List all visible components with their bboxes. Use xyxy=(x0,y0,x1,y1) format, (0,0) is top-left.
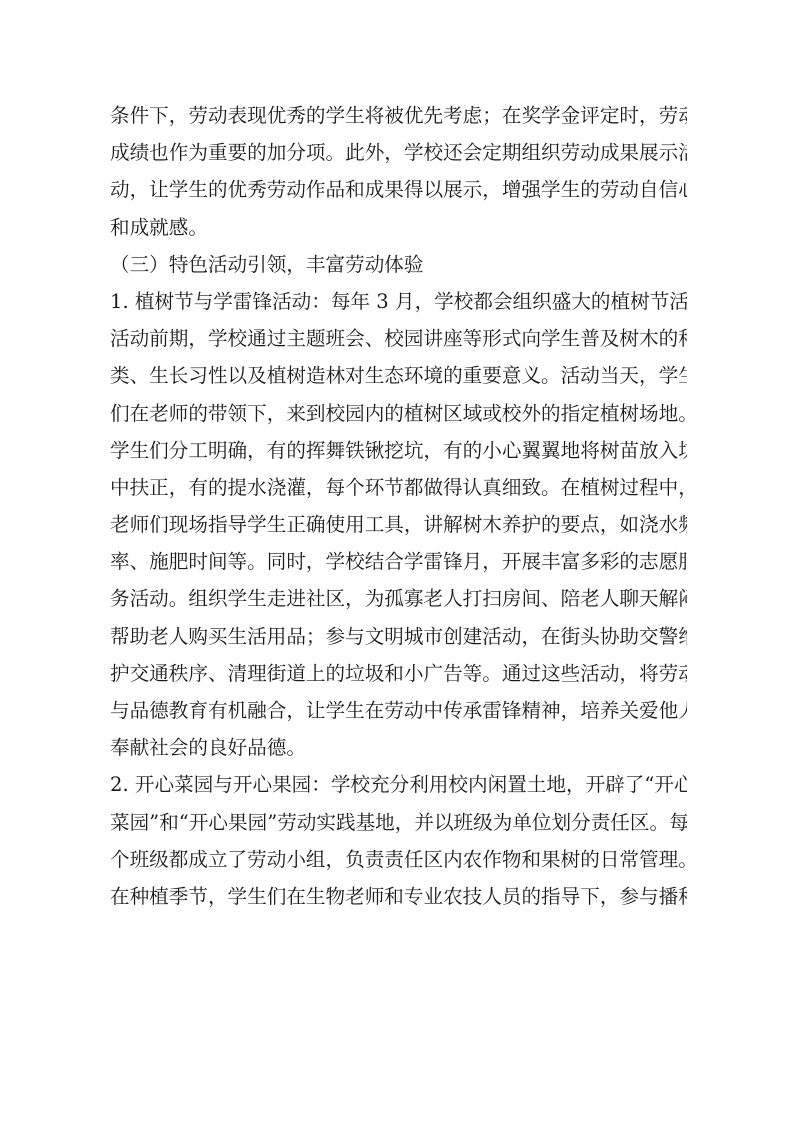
paragraph-line: 务活动。组织学生走进社区，为孤寡老人打扫房间、陪老人聊天解闷、 xyxy=(110,587,687,624)
paragraph-line: 护交通秩序、清理街道上的垃圾和小广告等。通过这些活动，将劳动 xyxy=(110,662,687,699)
paragraph-line: 条件下，劳动表现优秀的学生将被优先考虑；在奖学金评定时，劳动 xyxy=(110,104,687,141)
paragraph-line: 中扶正，有的提水浇灌，每个环节都做得认真细致。在植树过程中， xyxy=(110,476,687,513)
paragraph-line: 学生们分工明确，有的挥舞铁锹挖坑，有的小心翼翼地将树苗放入坑 xyxy=(110,439,687,476)
paragraph-line: 帮助老人购买生活用品；参与文明城市创建活动，在街头协助交警维 xyxy=(110,625,687,662)
paragraph-line: 动，让学生的优秀劳动作品和成果得以展示，增强学生的劳动自信心 xyxy=(110,178,687,215)
document-page: 条件下，劳动表现优秀的学生将被优先考虑；在奖学金评定时，劳动 成绩也作为重要的加… xyxy=(110,104,687,922)
paragraph-line: 和成就感。 xyxy=(110,216,687,253)
paragraph-line: 率、施肥时间等。同时，学校结合学雷锋月，开展丰富多彩的志愿服 xyxy=(110,550,687,587)
paragraph-line: 1. 植树节与学雷锋活动：每年 3 月，学校都会组织盛大的植树节活动。 xyxy=(110,290,687,327)
paragraph-line: 活动前期，学校通过主题班会、校园讲座等形式向学生普及树木的种 xyxy=(110,327,687,364)
paragraph-line: 2. 开心菜园与开心果园：学校充分利用校内闲置土地，开辟了“开心 xyxy=(110,773,687,810)
paragraph-line: 老师们现场指导学生正确使用工具，讲解树木养护的要点，如浇水频 xyxy=(110,513,687,550)
paragraph-line: 奉献社会的良好品德。 xyxy=(110,736,687,773)
paragraph-line: 与品德教育有机融合，让学生在劳动中传承雷锋精神，培养关爱他人、 xyxy=(110,699,687,736)
paragraph-line: 在种植季节，学生们在生物老师和专业农技人员的指导下，参与播种、 xyxy=(110,885,687,922)
section-heading: （三）特色活动引领，丰富劳动体验 xyxy=(110,253,687,290)
paragraph-line: 个班级都成立了劳动小组，负责责任区内农作物和果树的日常管理。 xyxy=(110,848,687,885)
paragraph-line: 类、生长习性以及植树造林对生态环境的重要意义。活动当天，学生 xyxy=(110,364,687,401)
paragraph-line: 成绩也作为重要的加分项。此外，学校还会定期组织劳动成果展示活 xyxy=(110,141,687,178)
paragraph-line: 们在老师的带领下，来到校园内的植树区域或校外的指定植树场地。 xyxy=(110,402,687,439)
paragraph-line: 菜园”和“开心果园”劳动实践基地，并以班级为单位划分责任区。每 xyxy=(110,811,687,848)
